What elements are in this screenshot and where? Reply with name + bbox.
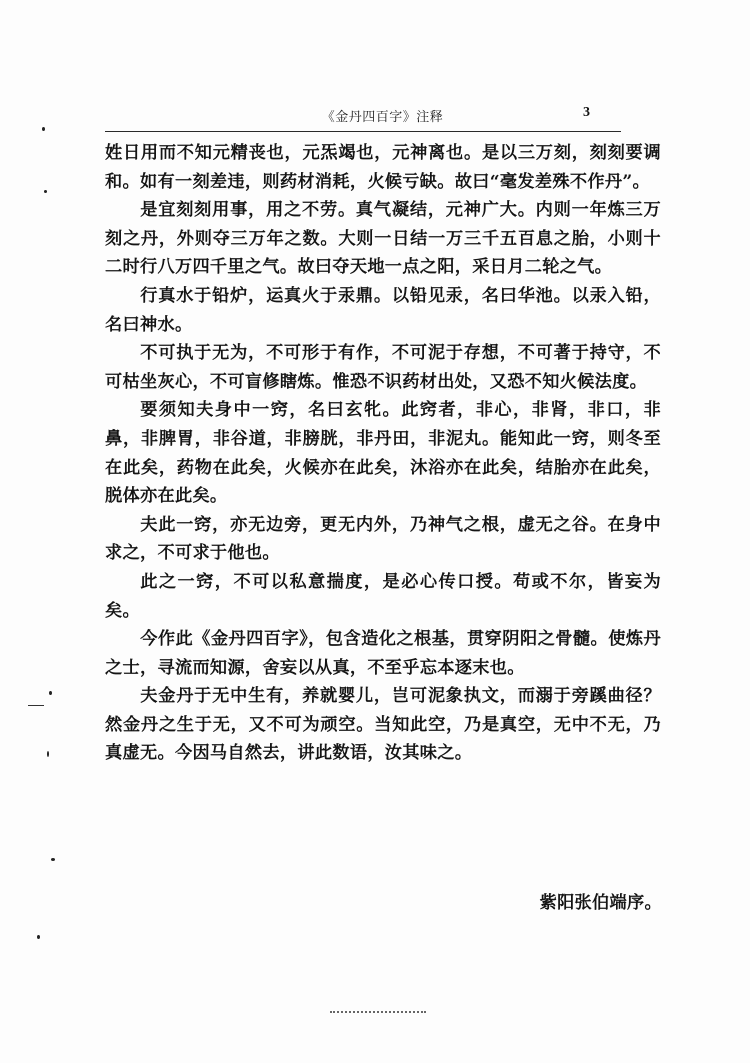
paragraph: 是宜刻刻用事，用之不劳。真气凝结，元神广大。内则一年炼三万刻之丹，外则夺三万年之… xyxy=(105,196,661,282)
header-rule xyxy=(105,131,621,132)
scan-speck xyxy=(49,691,52,695)
body-text: 姓日用而不知元精丧也，元炁竭也，元神离也。是以三万刻，刻刻要调和。如有一刻差违，… xyxy=(105,139,661,768)
page-number: 3 xyxy=(583,105,590,121)
scan-speck xyxy=(47,751,49,757)
paragraph: 今作此《金丹四百字》，包含造化之根基，贯穿阴阳之骨髓。使炼丹之士，寻流而知源，舍… xyxy=(105,625,661,682)
scan-speck xyxy=(44,190,47,193)
paragraph: 夫金丹于无中生有，养就婴儿，岂可泥象执文，而溺于旁蹊曲径？然金丹之生于无，又不可… xyxy=(105,682,661,768)
paragraph: 不可执于无为，不可形于有作，不可泥于存想，不可著于持守，不可枯坐灰心，不可盲修瞎… xyxy=(105,339,661,396)
paragraph: 夫此一窍，亦无边旁，更无内外，乃神气之根，虚无之谷。在身中求之，不可求于他也。 xyxy=(105,511,661,568)
scan-dash xyxy=(28,705,44,706)
running-head: 《金丹四百字》注释 3 xyxy=(105,103,660,127)
paragraph: 姓日用而不知元精丧也，元炁竭也，元神离也。是以三万刻，刻刻要调和。如有一刻差违，… xyxy=(105,139,661,196)
scan-speck xyxy=(37,935,40,939)
scan-speck xyxy=(42,127,45,131)
paragraph: 此之一窍，不可以私意揣度，是必心传口授。苟或不尔，皆妄为矣。 xyxy=(105,568,661,625)
scan-speck xyxy=(51,858,55,861)
scanned-book-page: 《金丹四百字》注释 3 姓日用而不知元精丧也，元炁竭也，元神离也。是以三万刻，刻… xyxy=(0,0,750,1063)
paragraph: 行真水于铅炉，运真火于汞鼎。以铅见汞，名曰华池。以汞入铅，名曰神水。 xyxy=(105,282,661,339)
scan-smudge xyxy=(330,1011,426,1015)
signature: 紫阳张伯端序。 xyxy=(540,888,662,913)
paragraph: 要须知夫身中一窍，名曰玄牝。此窍者，非心，非肾，非口，非鼻，非脾胃，非谷道，非膀… xyxy=(105,396,661,510)
running-title: 《金丹四百字》注释 xyxy=(105,106,660,125)
